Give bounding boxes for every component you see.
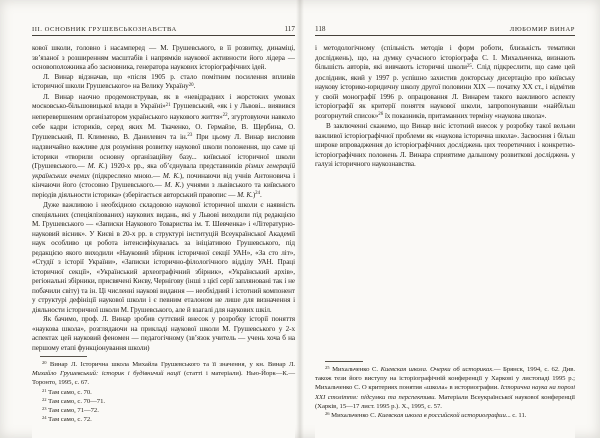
right-footnote-divider <box>325 361 363 362</box>
body-paragraph: і методологічному (спільність методів і … <box>315 44 575 122</box>
left-footnote-divider <box>40 356 87 357</box>
right-page-body: і методологічному (спільність методів і … <box>315 44 575 356</box>
body-paragraph: Дуже важливою і необхідною складовою нау… <box>32 201 295 315</box>
left-header-rule <box>32 35 295 36</box>
right-running-head: 118 ЛЮБОМИР ВИНАР <box>315 25 575 33</box>
body-paragraph: Л. Винар наочно продемонстрував, як в «н… <box>32 93 295 202</box>
footnote: 21 Там само, с. 70. <box>32 388 295 397</box>
body-paragraph: кової школи, головно і насамперед — М. Г… <box>32 44 295 73</box>
body-paragraph: Як бачимо, проф. Л. Винар зробив суттєви… <box>32 315 295 352</box>
right-author-title: ЛЮБОМИР ВИНАР <box>510 26 575 33</box>
body-paragraph: Л. Винар відзначав, що «після 1905 р. ст… <box>32 73 295 93</box>
book-spread-scan: ІІІ. ОСНОВНИК ГРУШЕВСЬКОЗНАВСТВА 117 ков… <box>0 0 600 438</box>
right-footnotes: 25 Михальченко С. Киевская школа. Очерки… <box>315 365 575 438</box>
footnote: 20 Винар Л. Історична школа Михайла Груш… <box>32 360 295 388</box>
footnote: 25 Михальченко С. Киевская школа. Очерки… <box>315 365 575 411</box>
left-footnotes: 20 Винар Л. Історична школа Михайла Груш… <box>32 360 295 438</box>
footnote: 26 Михальченко С. Киевская школа в росси… <box>315 411 575 420</box>
right-header-rule <box>315 35 575 36</box>
right-page: 118 ЛЮБОМИР ВИНАР і методологічному (спі… <box>300 0 600 438</box>
body-paragraph: В заключенні скажемо, що Винар вніс істо… <box>315 122 575 170</box>
footnote: 22 Там само, с. 70—71. <box>32 397 295 406</box>
left-running-head: ІІІ. ОСНОВНИК ГРУШЕВСЬКОЗНАВСТВА 117 <box>32 25 295 33</box>
left-page: ІІІ. ОСНОВНИК ГРУШЕВСЬКОЗНАВСТВА 117 ков… <box>0 0 300 438</box>
left-chapter-title: ІІІ. ОСНОВНИК ГРУШЕВСЬКОЗНАВСТВА <box>32 26 177 33</box>
footnote: 23 Там само, 71—72. <box>32 406 295 415</box>
footnote: 24 Там само, с. 72. <box>32 415 295 424</box>
left-page-body: кової школи, головно і насамперед — М. Г… <box>32 44 295 352</box>
right-page-number: 118 <box>315 25 326 33</box>
left-page-number: 117 <box>284 25 295 33</box>
